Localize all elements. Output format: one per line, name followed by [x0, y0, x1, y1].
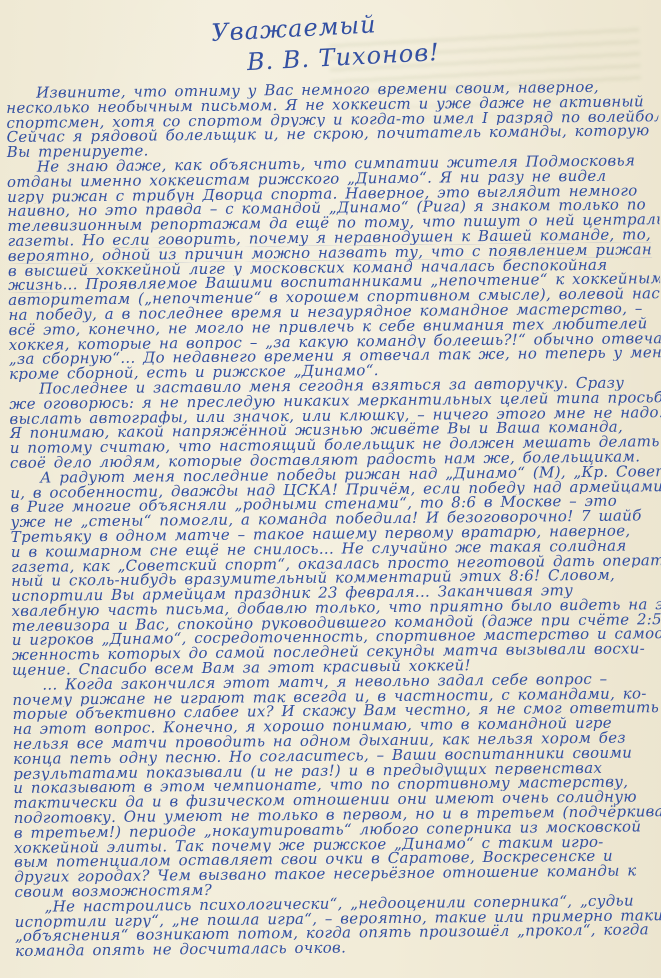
text: Вы тренируете. — [7, 142, 149, 160]
text: газеты. Но — [8, 231, 113, 249]
salutation: Уважаемый В. В. Тихонов! — [211, 6, 441, 80]
underlined-text: жизнь — [8, 276, 63, 293]
text: своим возможностям? — [14, 881, 212, 900]
letter-page: Уважаемый В. В. Тихонов! Извините, что о… — [0, 0, 661, 978]
letter-body: Извините, что отниму у Вас немного време… — [6, 79, 661, 959]
